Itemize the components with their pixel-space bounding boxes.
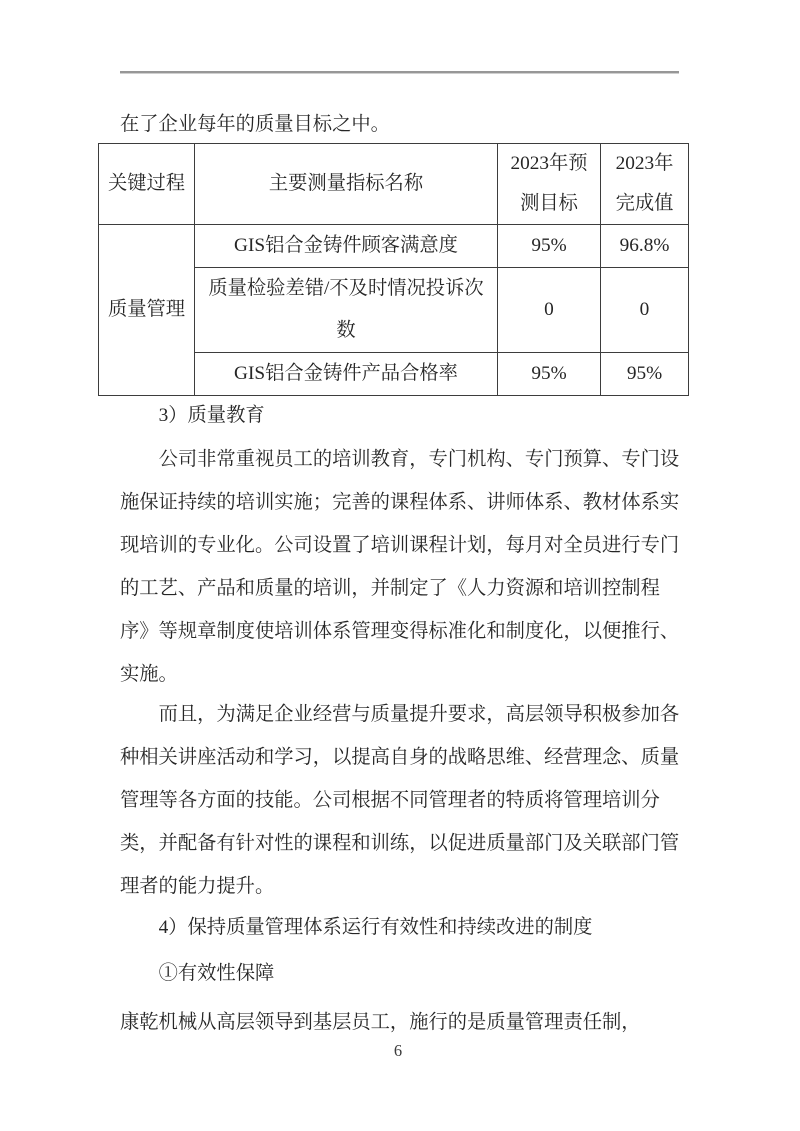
text-line: 理者的能力提升。 [120, 865, 686, 908]
cell-indicator: GIS铝合金铸件产品合格率 [195, 353, 498, 396]
header-actual-2023: 2023年 完成值 [601, 144, 689, 225]
text-line: 现培训的专业化。公司设置了培训课程计划，每月对全员进行专门 [120, 524, 686, 567]
header-actual-line2: 完成值 [607, 184, 682, 224]
cell-actual: 0 [601, 268, 689, 353]
page-number: 6 [0, 1041, 796, 1061]
text-line: 序》等规章制度使培训体系管理变得标准化和制度化，以便推行、 [120, 610, 686, 653]
cell-actual: 96.8% [601, 225, 689, 268]
group-cell-quality-management: 质量管理 [99, 225, 195, 396]
header-indicator-name: 主要测量指标名称 [195, 144, 498, 225]
cell-actual: 95% [601, 353, 689, 396]
cell-indicator: GIS铝合金铸件顾客满意度 [195, 225, 498, 268]
heading-text: ①有效性保障 [120, 952, 686, 995]
text-line: 公司非常重视员工的培训教育，专门机构、专门预算、专门设 [120, 438, 686, 481]
header-target-line2: 测目标 [504, 184, 594, 224]
cell-target: 0 [498, 268, 601, 353]
section-heading-3: 3）质量教育 [120, 394, 686, 437]
cell-target: 95% [498, 353, 601, 396]
cell-indicator: 质量检验差错/不及时情况投诉次数 [195, 268, 498, 353]
header-actual-line1: 2023年 [607, 144, 682, 184]
text-line: 实施。 [120, 653, 686, 696]
document-page: 在了企业每年的质量目标之中。 关键过程 主要测量指标名称 2023年预 测目标 … [0, 0, 800, 1131]
heading-text: 4）保持质量管理体系运行有效性和持续改进的制度 [120, 906, 686, 949]
text-line: 的工艺、产品和质量的培训，并制定了《人力资源和培训控制程 [120, 567, 686, 610]
header-target-line1: 2023年预 [504, 144, 594, 184]
table-header-row: 关键过程 主要测量指标名称 2023年预 测目标 2023年 完成值 [99, 144, 689, 225]
text-line: 类，并配备有针对性的课程和训练，以促进质量部门及关联部门管 [120, 822, 686, 865]
paragraph-responsibility: 康乾机械从高层领导到基层员工，施行的是质量管理责任制， [120, 1001, 686, 1044]
text-line: 康乾机械从高层领导到基层员工，施行的是质量管理责任制， [120, 1001, 686, 1044]
subsection-heading-effectiveness: ①有效性保障 [120, 952, 686, 995]
text-line: 施保证持续的培训实施；完善的课程体系、讲师体系、教材体系实 [120, 481, 686, 524]
intro-line: 在了企业每年的质量目标之中。 [120, 103, 390, 146]
quality-metrics-table: 关键过程 主要测量指标名称 2023年预 测目标 2023年 完成值 质量管理 … [98, 143, 689, 396]
header-target-2023: 2023年预 测目标 [498, 144, 601, 225]
text-line: 管理等各方面的技能。公司根据不同管理者的特质将管理培训分 [120, 779, 686, 822]
table-row: 质量管理 GIS铝合金铸件顾客满意度 95% 96.8% [99, 225, 689, 268]
text-line: 种相关讲座活动和学习，以提高自身的战略思维、经营理念、质量 [120, 736, 686, 779]
header-key-process: 关键过程 [99, 144, 195, 225]
paragraph-leadership: 而且，为满足企业经营与质量提升要求，高层领导积极参加各 种相关讲座活动和学习，以… [120, 693, 686, 908]
header-divider-rule [120, 71, 679, 74]
cell-target: 95% [498, 225, 601, 268]
paragraph-training: 公司非常重视员工的培训教育，专门机构、专门预算、专门设 施保证持续的培训实施；完… [120, 438, 686, 696]
text-line: 而且，为满足企业经营与质量提升要求，高层领导积极参加各 [120, 693, 686, 736]
heading-text: 3）质量教育 [120, 394, 686, 437]
section-heading-4: 4）保持质量管理体系运行有效性和持续改进的制度 [120, 906, 686, 949]
